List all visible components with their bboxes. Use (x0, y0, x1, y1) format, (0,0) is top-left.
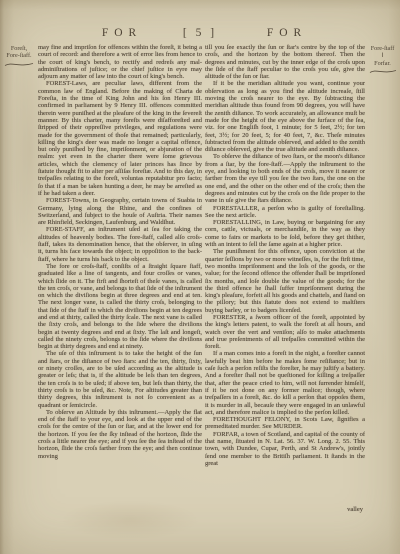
margin-note-line: Forfar. (365, 60, 400, 67)
paragraph: To obſerve the diſtance of two ſtars, or… (205, 153, 365, 204)
paragraph: FORESTER, a ſworn officer of the foreſt,… (205, 314, 365, 350)
page-content: Foreſt, Fore-ſtaff. may fine and impriſo… (0, 44, 400, 516)
margin-note-right: Fore-ſtaff ‖ Forfar. (365, 44, 400, 516)
paragraph: till you ſee exactly the ſun or ſtar's c… (205, 44, 365, 80)
margin-note-line: Fore-ſtaff (365, 45, 400, 52)
paragraph: The puniſhment for this offence, upon co… (205, 248, 365, 314)
paragraph: FOREST-Towns, in Geography, certain town… (38, 197, 202, 226)
paragraph: FORETHOUGHT FELONY, in Scots Law, ſignif… (205, 416, 365, 431)
paragraph: may fine and impriſon for offences withi… (38, 44, 202, 80)
margin-note-line: ‖ (365, 52, 400, 59)
margin-flourish-rule (369, 68, 397, 75)
text-column-left: may fine and impriſon for offences withi… (38, 44, 202, 516)
paragraph: If a man comes into a foreſt in the nigh… (205, 350, 365, 416)
text-column-right: till you ſee exactly the ſun or ſtar's c… (205, 44, 365, 516)
page-header: FOR [ 5 ] FOR (0, 27, 400, 42)
paragraph: If it be the meridian altitude you want,… (205, 80, 365, 153)
paragraph: To obſerve an Altitude by this inſtrumen… (38, 409, 202, 460)
margin-note-line: Foreſt, (0, 45, 38, 52)
paragraph: The fore or croſs-ſtaff, conſiſts of a ſ… (38, 263, 202, 351)
catchword: valley (347, 506, 363, 513)
paragraph: FOREST-Laws, are peculiar laws, differen… (38, 80, 202, 197)
running-title-right: FOR (207, 27, 367, 39)
book-page: FOR [ 5 ] FOR Foreſt, Fore-ſtaff. may fi… (0, 0, 400, 554)
paragraph: FORE-STAFF, an inſtrument uſed at ſea fo… (38, 226, 202, 262)
paragraph: FORFAR, a town of Scotland, and capital … (205, 431, 365, 467)
paragraph: FORESTALLER, a perſon who is guilty of f… (205, 205, 365, 220)
paragraph: FORESTALLING, in Law, buying or bargaini… (205, 219, 365, 248)
margin-note-left: Foreſt, Fore-ſtaff. (0, 44, 38, 516)
margin-note-line: Fore-ſtaff. (0, 52, 38, 59)
margin-flourish-rule (4, 61, 34, 68)
paragraph: The uſe of this inſtrument is to take th… (38, 350, 202, 408)
